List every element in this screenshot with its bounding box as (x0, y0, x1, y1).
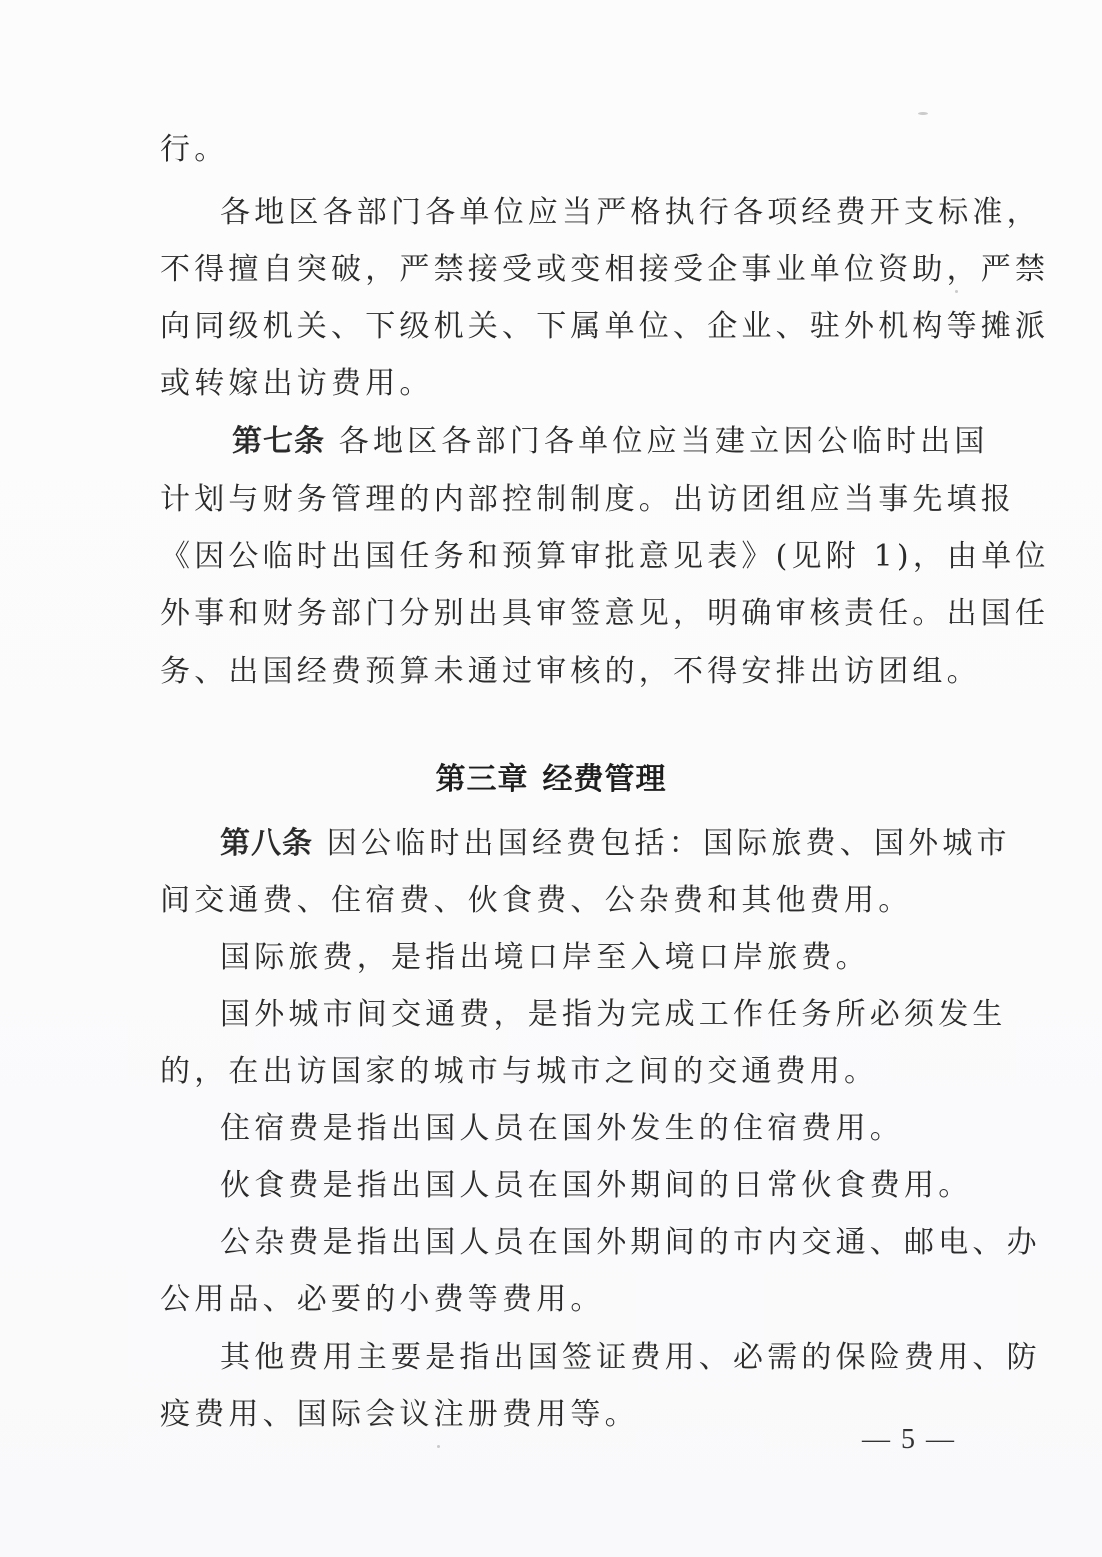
text-line: 间交通费、住宿费、伙食费、公杂费和其他费用。 (160, 881, 942, 921)
text-line: 住宿费是指出国人员在国外发生的住宿费用。 (220, 1109, 942, 1149)
scan-speck (918, 112, 928, 115)
article-7-label: 第七条 (232, 424, 325, 459)
text-line: 伙食费是指出国人员在国外期间的日常伙食费用。 (220, 1166, 942, 1206)
text-line: 《因公临时出国任务和预算审批意见表》(见附 1)，由单位 (160, 537, 942, 577)
text-line: 国外城市间交通费，是指为完成工作任务所必须发生 (220, 995, 942, 1035)
scan-speck (955, 290, 958, 293)
text-line: 向同级机关、下级机关、下属单位、企业、驻外机构等摊派 (160, 307, 942, 347)
scan-speck (437, 1445, 440, 1448)
chapter-title: 经费管理 (543, 762, 667, 797)
text-line: 的，在出访国家的城市与城市之间的交通费用。 (160, 1052, 942, 1092)
article-7-text: 各地区各部门各单位应当建立因公临时出国 (339, 424, 989, 459)
article-7-first-line: 第七条 各地区各部门各单位应当建立因公临时出国 (232, 422, 942, 462)
text-line: 国际旅费，是指出境口岸至入境口岸旅费。 (220, 938, 942, 978)
text-line: 疫费用、国际会议注册费用等。 (160, 1395, 942, 1435)
text-line: 外事和财务部门分别出具审签意见，明确审核责任。出国任 (160, 594, 942, 634)
text-line: 或转嫁出访费用。 (160, 364, 942, 404)
page-number: — 5 — (862, 1422, 956, 1458)
text-line: 公用品、必要的小费等费用。 (160, 1280, 942, 1320)
text-line: 务、出国经费预算未通过审核的，不得安排出访团组。 (160, 652, 942, 692)
document-page: 行。 各地区各部门各单位应当严格执行各项经费开支标准， 不得擅自突破，严禁接受或… (0, 0, 1102, 1557)
article-8-first-line: 第八条 因公临时出国经费包括：国际旅费、国外城市 (220, 824, 942, 864)
article-8-label: 第八条 (220, 826, 313, 861)
chapter-number: 第三章 (436, 762, 529, 797)
text-line: 其他费用主要是指出国签证费用、必需的保险费用、防 (220, 1338, 942, 1378)
text-line: 行。 (160, 130, 942, 170)
chapter-heading: 第三章经费管理 (0, 760, 1102, 800)
article-8-text: 因公临时出国经费包括：国际旅费、国外城市 (327, 826, 1011, 861)
text-line: 公杂费是指出国人员在国外期间的市内交通、邮电、办 (220, 1223, 942, 1263)
text-line: 不得擅自突破，严禁接受或变相接受企事业单位资助，严禁 (160, 250, 942, 290)
text-line: 计划与财务管理的内部控制制度。出访团组应当事先填报 (160, 480, 942, 520)
text-line: 各地区各部门各单位应当严格执行各项经费开支标准， (220, 193, 942, 233)
